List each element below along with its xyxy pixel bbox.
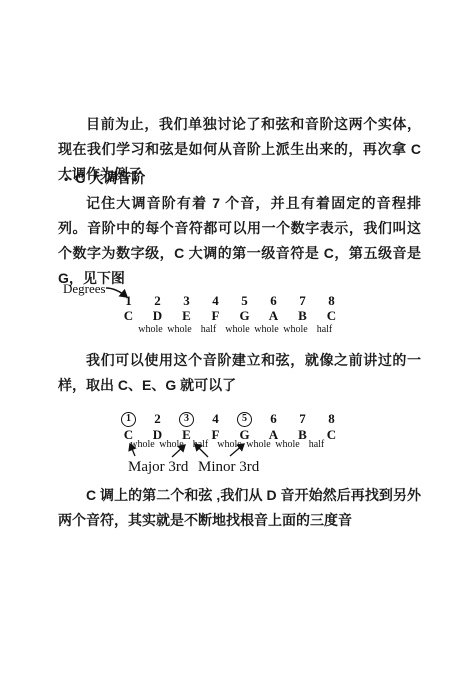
major-3rd-arrow-left	[130, 444, 135, 456]
note-name: C	[317, 308, 346, 324]
degree-number: 6	[259, 293, 288, 309]
degree-number: 5	[230, 293, 259, 309]
interval-label: whole	[252, 324, 281, 335]
interval-label: whole	[165, 324, 194, 335]
interval-label: whole	[223, 324, 252, 335]
minor-3rd-arrow-right	[230, 444, 244, 456]
paragraph-build-chord: 我们可以使用这个音阶建立和弦，就像之前讲过的一样，取出 C、E、G 就可以了	[58, 348, 421, 398]
scale-degrees-diagram: Degrees 1 2 3 4 5 6 7 8 C D E F G A	[58, 281, 420, 343]
paragraph-scale-description: 记住大调音阶有着 7 个音，并且有着固定的音程排列。音阶中的每个音符都可以用一个…	[58, 191, 421, 291]
chord-thirds-diagram: 1 2 3 4 5 6 7 8 C D E F G A B C whole wh…	[58, 408, 420, 478]
degree-number: 1	[114, 293, 143, 309]
note-name: D	[143, 308, 172, 324]
major-3rd-arrow-right	[172, 445, 185, 457]
scale-notes-row: C D E F G A B C	[114, 308, 346, 324]
bullet-marker: •	[64, 172, 68, 186]
interval-label: half	[194, 324, 223, 335]
note-name: F	[201, 308, 230, 324]
note-name: G	[230, 308, 259, 324]
paragraph-second-chord: C 调上的第二个和弦 ,我们从 D 音开始然后再找到另外两个音符，其实就是不断地…	[58, 483, 421, 533]
section-heading-text: C 大调音阶	[75, 170, 145, 186]
degree-number: 8	[317, 293, 346, 309]
interval-label: half	[310, 324, 339, 335]
section-heading: •C 大调音阶	[64, 166, 145, 192]
note-name: E	[172, 308, 201, 324]
note-name: C	[114, 308, 143, 324]
note-name: A	[259, 308, 288, 324]
degree-number: 2	[143, 293, 172, 309]
document-page: 目前为止，我们单独讨论了和弦和音阶这两个实体，现在我们学习和弦是如何从音阶上派生…	[0, 0, 476, 676]
scale-intervals-row: whole whole half whole whole whole half	[136, 324, 339, 335]
note-name: B	[288, 308, 317, 324]
scale-degree-numbers-row: 1 2 3 4 5 6 7 8	[114, 293, 346, 309]
major-3rd-label: Major 3rd	[128, 459, 188, 476]
degree-number: 4	[201, 293, 230, 309]
minor-3rd-label: Minor 3rd	[198, 459, 259, 476]
interval-label: whole	[136, 324, 165, 335]
degree-number: 3	[172, 293, 201, 309]
degree-number: 7	[288, 293, 317, 309]
minor-3rd-arrow-left	[195, 444, 208, 457]
interval-label: whole	[281, 324, 310, 335]
degrees-label: Degrees	[63, 281, 106, 297]
